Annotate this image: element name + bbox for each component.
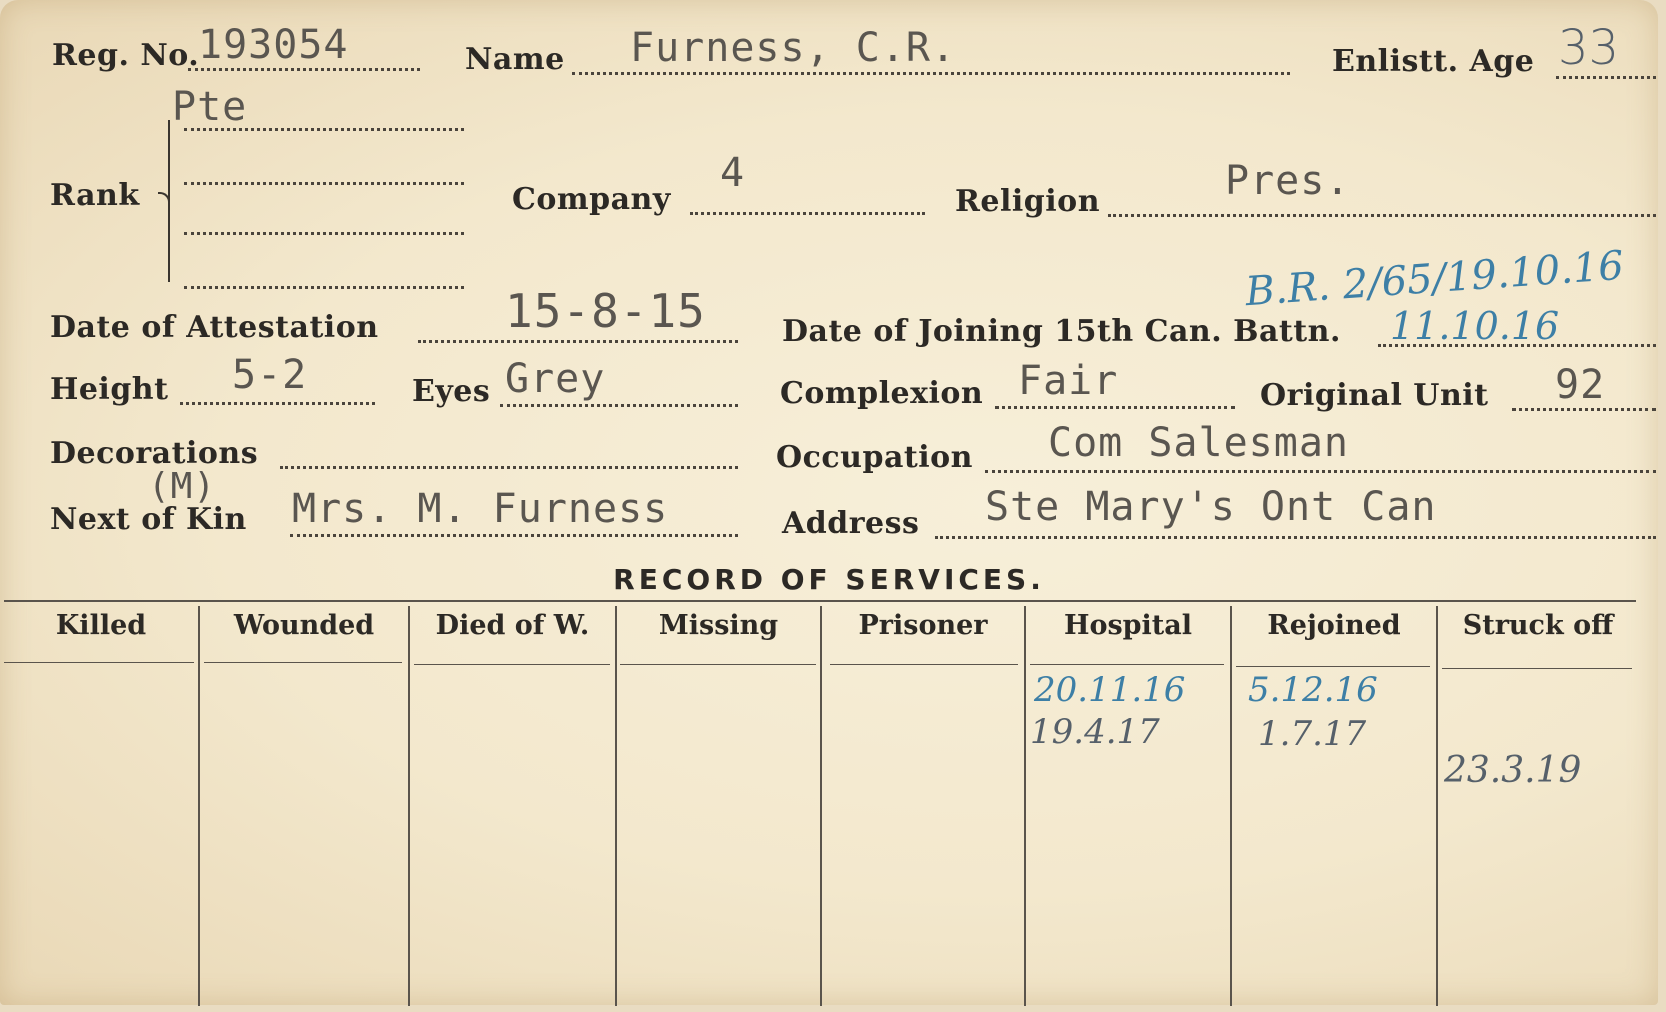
- next-of-kin-label: Next of Kin: [50, 502, 247, 537]
- occupation-line: [985, 470, 1656, 473]
- address-line: [935, 536, 1656, 539]
- hospital-entry-2: 19.4.17: [1030, 712, 1160, 752]
- rank-line-3: [184, 232, 464, 235]
- date-of-joining-label: Date of Joining 15th Can. Battn.: [782, 314, 1341, 349]
- rank-line-4: [184, 286, 464, 289]
- name-value: Furness, C.R.: [630, 25, 956, 71]
- col-divider: [408, 606, 410, 1006]
- next-of-kin-line: [290, 534, 738, 537]
- next-of-kin-annotation: (M): [148, 466, 216, 507]
- company-line: [690, 212, 925, 215]
- original-unit-line: [1512, 408, 1656, 411]
- reg-no-label: Reg. No.: [52, 38, 199, 73]
- occupation-value: Com Salesman: [1048, 420, 1349, 466]
- height-value: 5-2: [232, 352, 307, 398]
- header-rule: [414, 664, 610, 665]
- date-of-attestation-value: 15-8-15: [505, 284, 706, 338]
- original-unit-value: 92: [1555, 362, 1605, 408]
- rank-label: Rank: [50, 178, 140, 213]
- address-label: Address: [782, 506, 919, 541]
- complexion-label: Complexion: [780, 376, 983, 411]
- rank-line-1: [184, 128, 464, 131]
- complexion-line: [995, 406, 1235, 409]
- religion-line: [1108, 214, 1656, 217]
- enlist-age-value: 33: [1558, 20, 1619, 76]
- company-value: 4: [720, 150, 745, 196]
- date-of-joining-value: 11.10.16: [1390, 304, 1559, 348]
- decorations-line: [280, 466, 738, 469]
- rejoined-entry-2: 1.7.17: [1258, 714, 1366, 754]
- religion-value: Pres.: [1225, 158, 1350, 204]
- header-rule: [1442, 668, 1632, 669]
- original-unit-label: Original Unit: [1260, 378, 1489, 413]
- header-rule: [1236, 666, 1430, 667]
- col-divider: [1024, 606, 1026, 1006]
- enlist-age-line: [1556, 76, 1656, 79]
- name-line: [572, 72, 1290, 75]
- col-prisoner: Prisoner: [822, 610, 1024, 641]
- col-divider: [1436, 606, 1438, 1006]
- col-divider: [615, 606, 617, 1006]
- attestation-card: Reg. No. 193054 Name Furness, C.R. Enlis…: [0, 0, 1658, 1005]
- date-of-attestation-label: Date of Attestation: [50, 310, 379, 345]
- col-rejoined: Rejoined: [1232, 610, 1436, 641]
- header-rule: [204, 662, 402, 663]
- company-label: Company: [512, 182, 671, 217]
- reg-no-value: 193054: [198, 22, 349, 68]
- header-rule: [830, 664, 1018, 665]
- complexion-value: Fair: [1018, 358, 1118, 404]
- col-hospital: Hospital: [1026, 610, 1230, 641]
- header-rule: [620, 664, 816, 665]
- col-struck-off: Struck off: [1438, 610, 1638, 641]
- rank-brace: [168, 120, 182, 282]
- table-top-rule: [4, 600, 1636, 602]
- record-of-services-title: RECORD OF SERVICES.: [0, 563, 1658, 596]
- attestation-line: [418, 340, 738, 343]
- col-killed: Killed: [4, 610, 198, 641]
- header-rule: [4, 662, 194, 663]
- col-wounded: Wounded: [200, 610, 408, 641]
- col-divider: [1230, 606, 1232, 1006]
- header-rule: [1030, 664, 1224, 665]
- eyes-label: Eyes: [412, 374, 490, 409]
- address-value: Ste Mary's Ont Can: [985, 484, 1436, 530]
- reg-no-line: [188, 68, 420, 71]
- col-divider: [198, 606, 200, 1006]
- col-divider: [820, 606, 822, 1006]
- rank-line-2: [184, 182, 464, 185]
- height-line: [180, 402, 375, 405]
- occupation-label: Occupation: [776, 440, 973, 475]
- eyes-line: [500, 404, 738, 407]
- rank-value: Pte: [172, 84, 247, 130]
- struck-off-entry-1: 23.3.19: [1444, 750, 1581, 791]
- col-missing: Missing: [617, 610, 820, 641]
- eyes-value: Grey: [505, 356, 605, 402]
- col-died-of-wounds: Died of W.: [410, 610, 615, 641]
- hospital-entry-1: 20.11.16: [1034, 670, 1185, 710]
- enlist-age-label: Enlistt. Age: [1332, 44, 1534, 79]
- rejoined-entry-1: 5.12.16: [1248, 670, 1378, 710]
- next-of-kin-value: Mrs. M. Furness: [292, 486, 668, 532]
- name-label: Name: [465, 42, 565, 77]
- religion-label: Religion: [955, 184, 1100, 219]
- height-label: Height: [50, 372, 168, 407]
